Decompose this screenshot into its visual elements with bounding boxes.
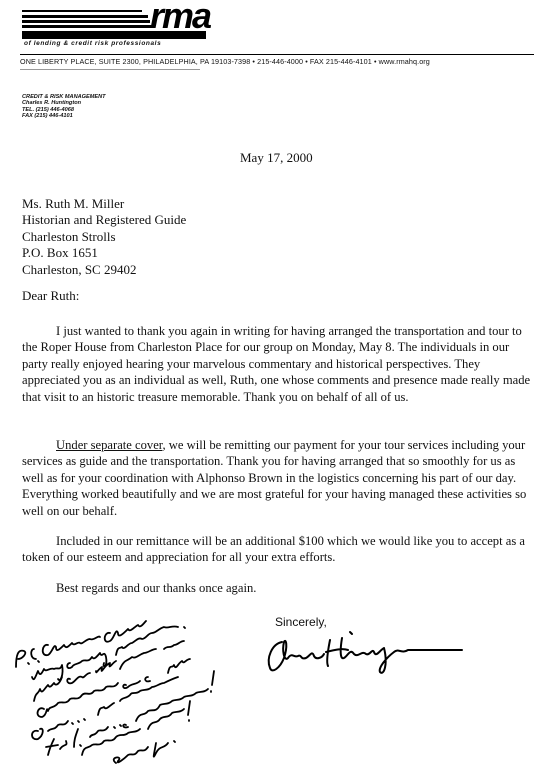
rma-logo: rma of lending & credit risk professiona…: [22, 4, 212, 52]
header-rule: [20, 54, 534, 55]
recipient-address: Ms. Ruth M. Miller Historian and Registe…: [22, 196, 186, 278]
header-rule-lower: [20, 69, 200, 70]
logo-wordmark: rma: [150, 0, 210, 34]
sender-block: CREDIT & RISK MANAGEMENT Charles R. Hunt…: [22, 94, 106, 119]
recipient-line: P.O. Box 1651: [22, 245, 186, 261]
recipient-line: Ms. Ruth M. Miller: [22, 196, 186, 212]
logo-stripe: [22, 20, 150, 23]
letterhead-address: ONE LIBERTY PLACE, SUITE 2300, PHILADELP…: [20, 57, 430, 66]
body-paragraph-3: Included in our remittance will be an ad…: [22, 533, 534, 566]
handwritten-ps-note: P.S. "Charleston Charlie's": [8, 605, 248, 765]
logo-stripe: [22, 10, 142, 12]
body-paragraph-2: Under separate cover, we will be remitti…: [22, 437, 534, 519]
recipient-line: Charleston Strolls: [22, 229, 186, 245]
logo-tagline: of lending & credit risk professionals: [24, 40, 161, 47]
logo-stripe: [22, 15, 148, 18]
letter-date: May 17, 2000: [240, 150, 313, 166]
recipient-line: Historian and Registered Guide: [22, 212, 186, 228]
underlined-phrase: Under separate cover: [56, 438, 162, 452]
paragraph-text: Included in our remittance will be an ad…: [22, 534, 525, 564]
logo-band: [22, 31, 206, 39]
salutation: Dear Ruth:: [22, 288, 79, 304]
paragraph-text: Best regards and our thanks once again.: [56, 581, 256, 595]
logo-stripe: [22, 25, 152, 28]
closing: Sincerely,: [275, 615, 327, 629]
body-paragraph-1: I just wanted to thank you again in writ…: [22, 323, 534, 405]
recipient-line: Charleston, SC 29402: [22, 262, 186, 278]
signature-scribble: [262, 628, 472, 678]
sender-fax: FAX (215) 446-4101: [22, 113, 106, 119]
body-paragraph-4: Best regards and our thanks once again.: [22, 580, 534, 596]
paragraph-text: I just wanted to thank you again in writ…: [22, 324, 530, 404]
